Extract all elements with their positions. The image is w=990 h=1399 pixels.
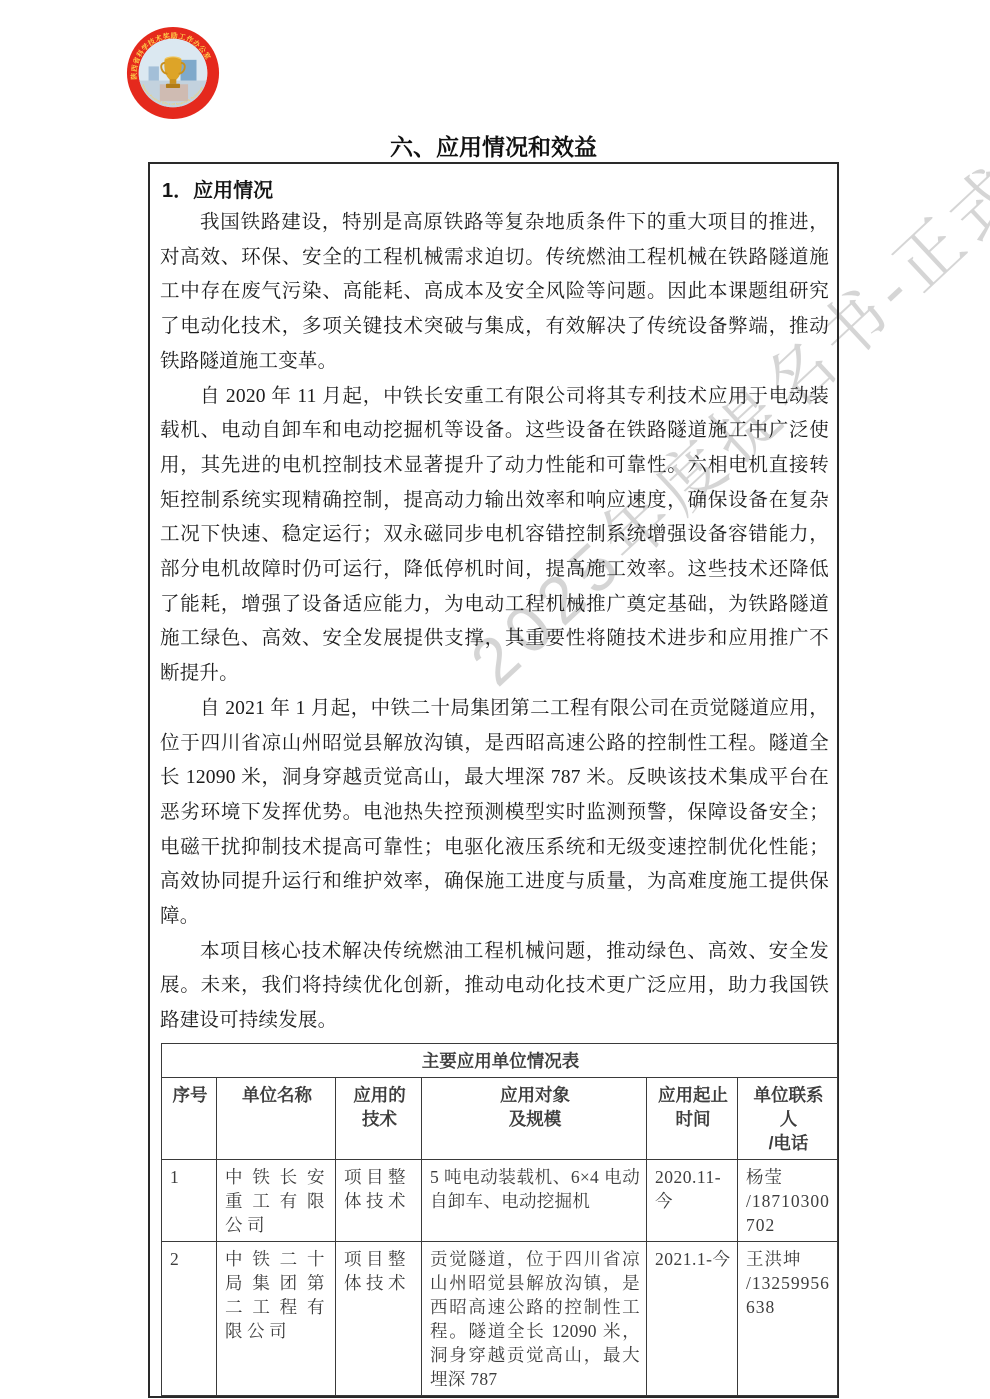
cell-index: 2 xyxy=(162,1241,217,1395)
table-header-row: 序号 单位名称 应用的 技术 应用对象 及规模 应用起止 时间 单位联系 人 /… xyxy=(162,1077,838,1159)
page-title: 六、应用情况和效益 xyxy=(148,129,839,162)
table-title: 主要应用单位情况表 xyxy=(162,1043,838,1077)
organization-seal-logo: 陕西省科学技术奖励工作办公室 Shaanxi Province Office O… xyxy=(126,26,220,120)
cell-period: 2021.1-今 xyxy=(647,1241,738,1395)
header-period: 应用起止 时间 xyxy=(647,1077,738,1159)
header-index: 序号 xyxy=(162,1077,217,1159)
application-units-table: 主要应用单位情况表 序号 单位名称 应用的 技术 应用对象 及规模 应用起止 时… xyxy=(161,1043,838,1396)
cell-scope: 贡觉隧道，位于四川省凉山州昭觉县解放沟镇，是西昭高速公路的控制性工程。隧道全长 … xyxy=(422,1241,647,1395)
table-title-row: 主要应用单位情况表 xyxy=(162,1043,838,1077)
content-box: 1．应用情况 我国铁路建设，特别是高原铁路等复杂地质条件下的重大项目的推进，对高… xyxy=(148,162,839,1398)
header-applied-tech: 应用的 技术 xyxy=(336,1077,422,1159)
cell-period: 2020.11-今 xyxy=(647,1159,738,1241)
cell-index: 1 xyxy=(162,1159,217,1241)
table-row: 1 中铁长安重工有限公司 项目整体技术 5 吨电动装载机、6×4 电动自卸车、电… xyxy=(162,1159,838,1241)
paragraph-application-2: 自 2021 年 1 月起，中铁二十局集团第二工程有限公司在贡觉隧道应用，位于四… xyxy=(160,692,829,935)
paragraph-overview: 我国铁路建设，特别是高原铁路等复杂地质条件下的重大项目的推进，对高效、环保、安全… xyxy=(160,206,829,380)
cell-scope: 5 吨电动装载机、6×4 电动自卸车、电动挖掘机 xyxy=(422,1159,647,1241)
paragraph-application-1: 自 2020 年 11 月起，中铁长安重工有限公司将其专利技术应用于电动装载机、… xyxy=(160,380,829,692)
cell-unit-name: 中铁二十局集团第二工程有限公司 xyxy=(217,1241,336,1395)
cell-contact: 杨莹 /18710300702 xyxy=(738,1159,838,1241)
header-contact: 单位联系 人 /电话 xyxy=(738,1077,838,1159)
cell-applied-tech: 项目整体技术 xyxy=(336,1241,422,1395)
section-heading: 1．应用情况 xyxy=(162,174,829,203)
cell-applied-tech: 项目整体技术 xyxy=(336,1159,422,1241)
table-row: 2 中铁二十局集团第二工程有限公司 项目整体技术 贡觉隧道，位于四川省凉山州昭觉… xyxy=(162,1241,838,1395)
cell-unit-name: 中铁长安重工有限公司 xyxy=(217,1159,336,1241)
paragraph-summary: 本项目核心技术解决传统燃油工程机械问题，推动绿色、高效、安全发展。未来，我们将持… xyxy=(160,935,829,1039)
cell-contact: 王洪坤 /13259956638 xyxy=(738,1241,838,1395)
header-scope: 应用对象 及规模 xyxy=(422,1077,647,1159)
seal-logo-graphic: 陕西省科学技术奖励工作办公室 Shaanxi Province Office O… xyxy=(126,26,220,120)
header-unit-name: 单位名称 xyxy=(217,1077,336,1159)
